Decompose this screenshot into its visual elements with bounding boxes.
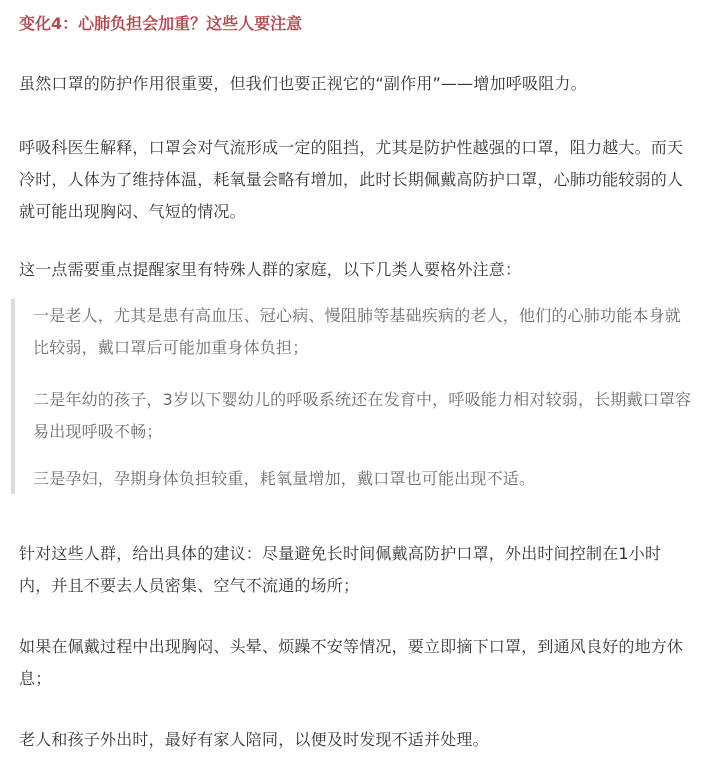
paragraph-advice-1: 针对这些人群，给出具体的建议：尽量避免长时间佩戴高防护口罩，外出时间控制在1小时… (19, 538, 691, 602)
quote-item-children: 二是年幼的孩子，3岁以下婴幼儿的呼吸系统还在发育中，呼吸能力相对较弱，长期戴口罩… (33, 384, 693, 448)
blockquote-special-groups: 一是老人，尤其是患有高血压、冠心病、慢阻肺等基础疾病的老人，他们的心肺功能本身就… (11, 299, 691, 494)
paragraph-intro: 虽然口罩的防护作用很重要，但我们也要正视它的“副作用”——增加呼吸阻力。 (19, 68, 691, 100)
article: 变化4：心肺负担会加重？这些人要注意 虽然口罩的防护作用很重要，但我们也要正视它… (0, 0, 707, 765)
paragraph-advice-3: 老人和孩子外出时，最好有家人陪同，以便及时发现不适并处理。 (19, 724, 691, 756)
section-heading: 变化4：心肺负担会加重？这些人要注意 (19, 9, 302, 39)
paragraph-advice-2: 如果在佩戴过程中出现胸闷、头晕、烦躁不安等情况，要立即摘下口罩，到通风良好的地方… (19, 631, 691, 695)
quote-item-pregnant: 三是孕妇，孕期身体负担较重，耗氧量增加，戴口罩也可能出现不适。 (33, 463, 693, 495)
quote-item-elderly: 一是老人，尤其是患有高血压、冠心病、慢阻肺等基础疾病的老人，他们的心肺功能本身就… (33, 300, 693, 364)
paragraph-explanation: 呼吸科医生解释，口罩会对气流形成一定的阻挡，尤其是防护性越强的口罩，阻力越大。而… (19, 132, 691, 228)
paragraph-reminder: 这一点需要重点提醒家里有特殊人群的家庭，以下几类人要格外注意： (19, 254, 691, 286)
